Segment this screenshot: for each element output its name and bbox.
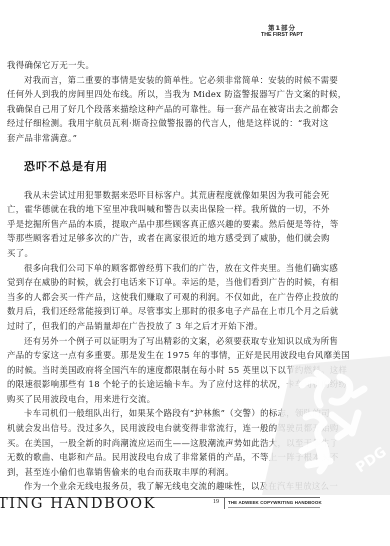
text-line: 觉到存在威胁的时候，就会打电话来下订单。幸运的是，当他们看到广告的时候，有相 [7,275,319,290]
text-line: 我得确保它万无一失。 [7,58,319,73]
text-line: 对我而言，第二重要的事情是安装的简单性。它必须非常简单：安装的时候不需要 [7,73,319,88]
paragraph: 很多向我们公司下单的顾客都曾经剪下我们的广告，放在文件夹里。当他们确实感 觉到存… [7,261,319,334]
text-line: 我从未尝试过用犯罪数据来恐吓目标客户。其荒唐程度就像如果因为我可能会死 [7,188,319,203]
text-line: 乎是挖掘所售产品的本质，提取产品中那些顾客真正感兴趣的要素。然后便是等待，等 [7,217,319,232]
paragraph: 我得确保它万无一失。 [7,58,319,73]
text-line: 当多的人都会买一件产品，这使我们赚取了可观的利润。不仅如此，在广告停止投放的 [7,290,319,305]
paragraph: 我从未尝试过用犯罪数据来恐吓目标客户。其荒唐程度就像如果因为我可能会死 亡，霍华… [7,188,319,261]
body-text: 我得确保它万无一失。 对我而言，第二重要的事情是安装的简单性。它必须非常简单：安… [7,58,319,494]
text-line: 亡，霍华德就在我的地下室里冲我叫喊和警告以卖出保险一样。我所做的一切，不外 [7,202,319,217]
footer-book-title-large: TING HANDBOOK [0,496,156,512]
text-line: 套产品非常满意。” [7,131,319,146]
paragraph: 还有另外一个例子可以证明为了写出精彩的文案，必须要获取专业知识以成为所售 产品的… [7,334,319,407]
text-line: 到，甚至连小偷们也靠销售偷来的电台而获取丰厚的利润。 [7,465,319,480]
text-line: 买了。 [7,246,319,261]
text-line: 经过仔细检测。我用宇航员瓦利·斯奇拉做警报器的代言人，他是这样说的：“我对这 [7,116,319,131]
section-heading: 恐吓不总是有用 [7,160,319,174]
text-line: 无数的歌曲、电影和产品。民用波段电台成了非常紧俏的产品，不等上一阵子根本买不 [7,450,319,465]
text-line: 产品的专家这一点有多重要。那是发生在 1975 年的事情，正好是民用波段电台风靡… [7,348,319,363]
text-line: 卡车司机们一般组队出行，如果某个路段有“护林熊”（交警）的标志，领队的司 [7,406,319,421]
paragraph: 对我而言，第二重要的事情是安装的简单性。它必须非常简单：安装的时候不需要 任何外… [7,73,319,146]
text-line: 机就会发出信号。没过多久，民用波段电台就变得非常流行，连一般的驾驶员都开始购 [7,421,319,436]
paragraph: 卡车司机们一般组队出行，如果某个路段有“护林熊”（交警）的标志，领队的司 机就会… [7,406,319,479]
text-line: 等那些顾客看过足够多次的广告，或者在离家很近的地方感受到了威胁，他们就会购 [7,231,319,246]
text-line: 任何外人到我的房间里四处布线。所以，当我为 Midex 防盗警报器写广告文案的时… [7,87,319,102]
running-header: 第1部分 THE FIRST PAPT [252,24,312,39]
footer-divider [224,497,225,509]
page-number: 19 [213,499,219,505]
text-line: 作为一个业余无线电报务员，我了解无线电交流的趣味性，以及在汽车里放这么一 [7,479,319,494]
text-line: 还有另外一个例子可以证明为了写出精彩的文案，必须要获取专业知识以成为所售 [7,334,319,349]
watermark-label: PDG [353,444,390,476]
text-line: 的限速很影响那些有 18 个轮子的长途运输卡车。为了应付这样的状况，卡车司机们纷… [7,377,319,392]
text-line: 过时了，但我们的产品销量却在广告投放了 3 年之后才开始下滑。 [7,319,319,334]
footer-book-title-small: THE ADWEEK COPYWRITING HANDBOOK [228,500,322,505]
footer-rule-small [228,507,320,508]
text-line: 买。在美国，一股全新的时尚潮流应运而生——这股潮流声势如此浩大，以至于催生了 [7,436,319,451]
running-header-part-english: THE FIRST PAPT [254,32,311,39]
text-line: 很多向我们公司下单的顾客都曾经剪下我们的广告，放在文件夹里。当他们确实感 [7,261,319,276]
document-page: 第1部分 THE FIRST PAPT 我得确保它万无一失。 对我而言，第二重要… [0,0,390,546]
text-line: 我确保自己用了好几个段落来描绘这种产品的可靠性。每一套产品在被寄出去之前都会 [7,102,319,117]
text-line: 购买了民用波段电台，用来进行交流。 [7,392,319,407]
text-line: 数月后，我们还经常能接到订单。尽管事实上那时的很多电子产品在上市几个月之后就 [7,304,319,319]
text-line: 的时候。当时美国政府将全国汽车的速度都限制在每小时 55 英里以下以节约燃料。这… [7,363,319,378]
running-header-part-chinese: 第1部分 [252,24,312,32]
paragraph: 作为一个业余无线电报务员，我了解无线电交流的趣味性，以及在汽车里放这么一 [7,479,319,494]
